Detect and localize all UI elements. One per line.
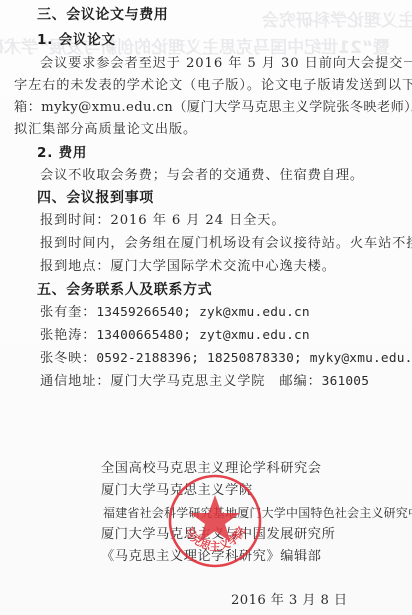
contact-info: 13459266540; zyk@xmu.edu.cn	[96, 305, 309, 320]
contact-info: 0592-2188396; 18250878330; myky@xmu.edu.…	[96, 351, 412, 366]
paragraph-line: 会议不收取会务费；与会者的交通费、住宿费自理。	[40, 168, 364, 184]
postcode: 361005	[322, 374, 369, 389]
subsection-heading-fees: 2. 费用	[37, 145, 87, 161]
contact-row: 张冬映：0592-2188396; 18250878330; myky@xmu.…	[40, 351, 412, 367]
subsection-heading-papers: 1. 会议论文	[37, 32, 116, 48]
signatory: 全国高校马克思主义理论学科研究会	[101, 461, 322, 477]
signatory: 厦门大学马克思主义与中国发展研究所	[101, 527, 335, 543]
contact-name: 张有奎：	[40, 305, 96, 320]
signatory: 福建省社会科学研究基地厦门大学中国特色社会主义研究中心	[103, 505, 412, 521]
registration-reception: 报到时间内，会务组在厦门机场设有会议接待站。火车站不接站。	[40, 236, 412, 252]
paragraph-line-email: 箱：myky@xmu.edu.cn（厦门大学马克思主义学院张冬映老师）。会后	[14, 100, 412, 116]
paragraph-line: 字左右的未发表的学术论文（电子版）。论文电子版请发送到以下邮	[14, 78, 412, 94]
document-page: 全国高校马克思主义理论学科研究会 暨“21世纪中国马克思主义理论的创新与发展”学…	[0, 0, 412, 615]
bleed-through-title-1: 全国高校马克思主义理论学科研究会	[262, 6, 412, 31]
paragraph-line: 拟汇集部分高质量论文出版。	[14, 122, 197, 138]
registration-time: 报到时间：2016 年 6 月 24 日全天。	[40, 213, 285, 229]
section-heading-registration: 四、会议报到事项	[37, 190, 154, 206]
contact-info: 13400665480; zyt@xmu.edu.cn	[96, 328, 309, 343]
contact-row: 张艳涛：13400665480; zyt@xmu.edu.cn	[40, 328, 310, 344]
signatory: 厦门大学马克思主义学院	[101, 483, 253, 499]
section-heading-contacts: 五、会务联系人及联系方式	[37, 282, 212, 298]
paragraph-line: 会议要求参会者至迟于 2016 年 5 月 30 日前向大会提交一篇 6000	[40, 56, 412, 72]
mailing-address: 通信地址：厦门大学马克思主义学院邮编：361005	[40, 374, 369, 390]
signatory: 《马克思主义理论学科研究》编辑部	[101, 549, 322, 565]
contact-name: 张冬映：	[40, 351, 96, 366]
contact-row: 张有奎：13459266540; zyk@xmu.edu.cn	[40, 305, 310, 321]
address-text: 通信地址：厦门大学马克思主义学院	[40, 374, 265, 389]
contact-name: 张艳涛：	[40, 328, 96, 343]
document-date: 2016 年 3 月 8 日	[231, 593, 347, 609]
section-heading-papers-fees: 三、会议论文与费用	[37, 7, 168, 23]
postcode-label: 邮编：	[279, 374, 321, 389]
registration-location: 报到地点：厦门大学国际学术交流中心逸夫楼。	[40, 259, 336, 275]
